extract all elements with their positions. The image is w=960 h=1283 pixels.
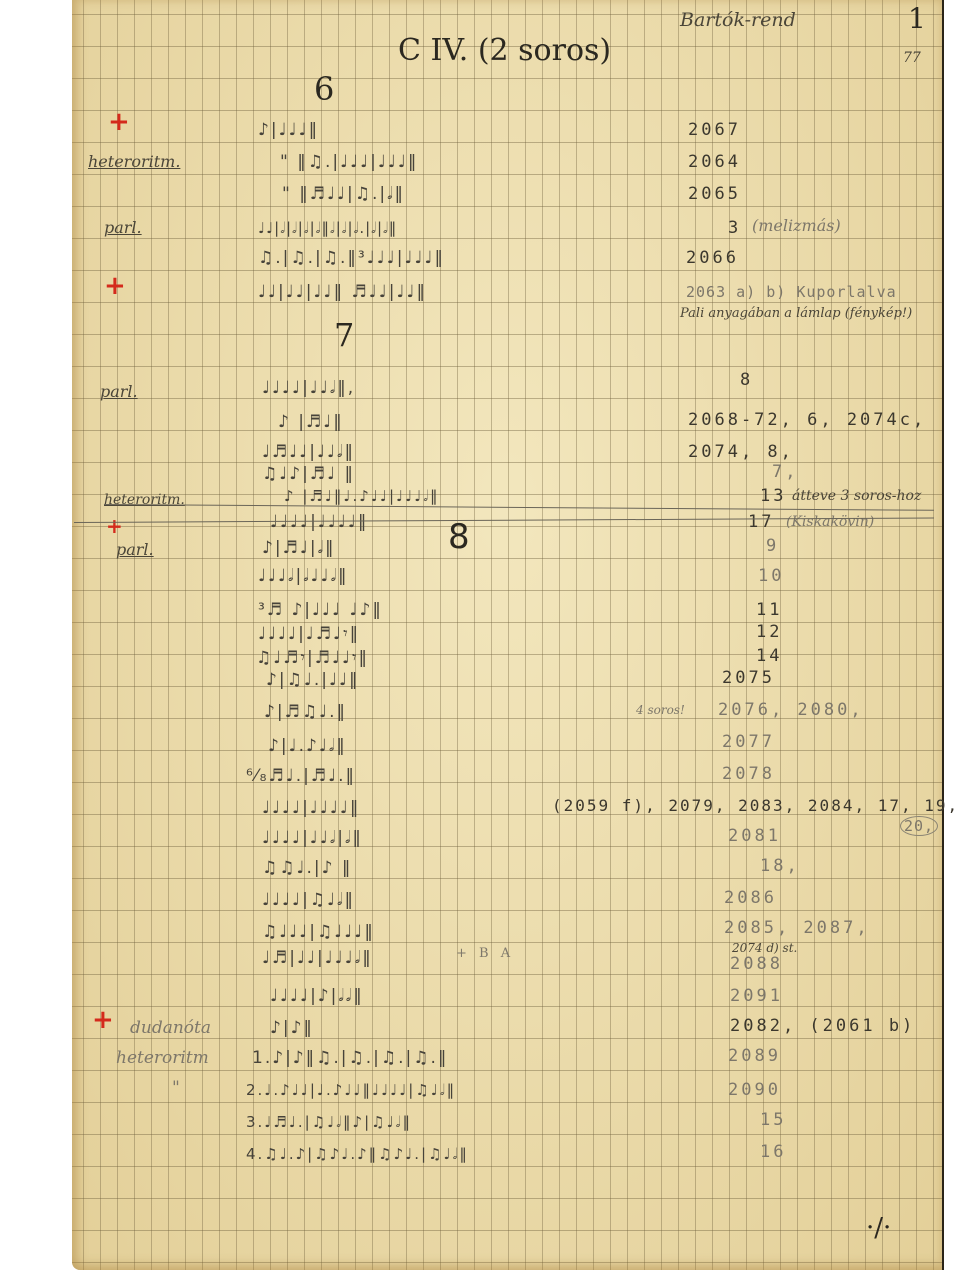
rhythm-pattern: ♪|♪‖ [270, 1018, 314, 1038]
catalogue-ref: 18, [760, 856, 800, 876]
catalogue-ref: 2065 [688, 184, 741, 204]
row-note: átteve 3 soros-hoz [792, 486, 921, 506]
row-label: heteroritm. [88, 152, 180, 172]
rhythm-pattern: ♩♩|𝅗𝅥|𝅗𝅥|𝅗𝅥|𝅗𝅥‖𝅗𝅥|𝅗𝅥|𝅗𝅥.|𝅗𝅥|𝅗𝅥‖ [258, 218, 397, 238]
row-note: Pali anyagában a lámlap (fénykép!) [680, 306, 940, 322]
rhythm-pattern: ♫♩♩♩|♫♩♩♩‖ [262, 922, 375, 942]
catalogue-ref: 14 [756, 646, 782, 666]
catalogue-ref: 2066 [686, 248, 739, 268]
rhythm-pattern: ♩♬♩♩|♩♩𝅗𝅥‖ [262, 442, 355, 462]
rhythm-pattern: ♩♩♩♩|♩♩♩♩‖ [262, 798, 360, 818]
section-number-8: 8 [448, 519, 470, 555]
rhythm-pattern: ♪|♫♩.|♩♩‖ [266, 670, 360, 690]
row-note: (Kiskakövin) [786, 512, 874, 532]
red-cross-mark: + [92, 1010, 114, 1030]
catalogue-ref: 2077 [722, 732, 775, 752]
catalogue-ref: 2064 [688, 152, 741, 172]
rhythm-pattern: ♩♬|♩♩|♩♩♩𝅗𝅥‖ [262, 948, 373, 968]
row-label: parl. [116, 540, 154, 560]
row-label: parl. [100, 382, 138, 402]
rhythm-pattern: ♩♩♩𝅗𝅥|𝅗𝅥♩♩𝅗𝅥‖ [258, 566, 349, 586]
catalogue-ref: 2063 a) b) Kuporlalva [686, 282, 897, 302]
row-label: heteroritm [116, 1048, 209, 1068]
rhythm-pattern: ♩♩♩♩|♩♬♩𝄾‖ [258, 624, 360, 644]
catalogue-ref: 2085, 2087, [724, 918, 870, 938]
catalogue-ref: 17 [748, 512, 774, 532]
catalogue-ref: 2074, 8, [688, 442, 794, 462]
row-label-struck: heteroritm. [104, 490, 185, 510]
catalogue-ref: 2086 [724, 888, 777, 908]
rhythm-pattern: ♫.|♫.|♫.‖³♩♩♩|♩♩♩‖ [258, 248, 445, 268]
catalogue-ref: (2059 f), 2079, 2083, 2084, 17, 19, [552, 796, 959, 816]
rhythm-pattern: ♩♩|♩♩|♩♩‖ ♬♩♩|♩♩‖ [258, 282, 427, 302]
rhythm-pattern: 3.♩♬♩.|♫♩𝅗𝅥‖♪|♫♩𝅗𝅥‖ [246, 1112, 412, 1132]
red-cross-mark: + [104, 276, 126, 296]
rhythm-pattern: ♫♫♩.|♪ ‖ [262, 858, 352, 878]
rhythm-pattern: ♪|♬♫♩.‖ [264, 702, 347, 722]
catalogue-ref: 2067 [688, 120, 741, 140]
rhythm-pattern: ⁶⁄₈♬♩.|♬♩.‖ [246, 766, 356, 786]
continuation-mark: ·/· [866, 1214, 891, 1242]
catalogue-ref: 9 [766, 536, 779, 556]
rhythm-pattern: " ‖♫.|♩♩♩|♩♩♩‖ [280, 152, 418, 172]
rhythm-pattern: ♩♩♩♩|♩♩♩♩‖ [270, 512, 368, 532]
row-label: " [172, 1078, 180, 1098]
rhythm-pattern: ♪|♩♩♩‖ [258, 120, 319, 140]
rhythm-pattern: ♪|♬♩|𝅗𝅥‖ [262, 538, 335, 558]
page-number: 1 [908, 4, 926, 34]
catalogue-ref: 2076, 2080, [718, 700, 864, 720]
row-prefix-note: 4 soros! [636, 700, 685, 720]
rhythm-pattern: ♪ |♬♩‖ [278, 412, 344, 432]
rhythm-pattern: ♩♩♩♩|♩♩𝅗𝅥|𝅗𝅥‖ [262, 828, 363, 848]
rhythm-pattern: ♩♩♩♩|♩♩𝅗𝅥‖, [262, 378, 355, 398]
page-subnumber: 77 [903, 48, 921, 68]
catalogue-ref-extra: 20, [900, 816, 938, 836]
rhythm-pattern: " ‖♬♩♩|♫.|𝅗𝅥‖ [282, 184, 405, 204]
catalogue-ref: 2091 [730, 986, 783, 1006]
catalogue-ref: 12 [756, 622, 782, 642]
aside-note: + B A [456, 944, 514, 964]
catalogue-ref: 2090 [728, 1080, 781, 1100]
rhythm-pattern: ♫♩♬𝄾|♬♩♩𝄾‖ [256, 648, 369, 668]
page-heading: C IV. (2 soros) [398, 34, 611, 68]
catalogue-ref: 3 [728, 218, 741, 238]
rhythm-pattern: ♩♩♩♩|♪|𝅗𝅥𝅗𝅥‖ [270, 986, 364, 1006]
rhythm-pattern: ♫♩♪|♬♩ ‖ [262, 464, 355, 484]
rhythm-pattern: ♪ |♬♩‖♩.♪♩♩|♩♩♩𝅗𝅥‖ [284, 486, 440, 506]
catalogue-ref: 2089 [728, 1046, 781, 1066]
catalogue-ref: 15 [760, 1110, 786, 1130]
red-cross-mark: + [106, 516, 123, 536]
row-label: parl. [104, 218, 142, 238]
catalogue-ref: 11 [756, 600, 782, 620]
rhythm-pattern: ♩♩♩♩|♫♩𝅗𝅥‖ [262, 890, 355, 910]
catalogue-ref: 2075 [722, 668, 775, 688]
rhythm-pattern: ³♬ ♪|♩♩♩ ♩♪‖ [258, 600, 383, 620]
row-label: dudanóta [130, 1018, 211, 1038]
rhythm-pattern: 2.♩.♪♩♩|♩.♪♩♩‖♩♩♩♩|♫♩𝅗𝅥‖ [246, 1080, 456, 1100]
rhythm-pattern: 4.♫♩.♪|♫♪♩.♪‖♫♪♩.|♫♩𝅗𝅥‖ [246, 1144, 469, 1164]
section-number-7: 7 [334, 318, 354, 352]
catalogue-ref: 7, [772, 462, 798, 482]
catalogue-title: Bartók-rend [680, 10, 796, 30]
catalogue-ref: 16 [760, 1142, 786, 1162]
catalogue-ref: 10 [758, 566, 784, 586]
catalogue-ref: 2078 [722, 764, 775, 784]
catalogue-ref: 2068-72, 6, 2074c, [688, 410, 926, 430]
red-cross-mark: + [108, 112, 130, 132]
catalogue-ref: 2081 [728, 826, 781, 846]
grid-paper-sheet [72, 0, 944, 1270]
catalogue-ref: 2082, (2061 b) [730, 1016, 915, 1036]
rhythm-pattern: 1.♪|♪‖♫.|♫.|♫.|♫.‖ [252, 1048, 448, 1068]
circled-ref: 20, [900, 816, 938, 836]
catalogue-ref: 8 [740, 370, 753, 390]
rhythm-pattern: ♪|♩.♪♩𝅗𝅥‖ [268, 736, 347, 756]
section-number-6: 6 [314, 72, 334, 106]
catalogue-ref: 2088 [730, 954, 783, 974]
row-note: (melizmás) [752, 216, 841, 236]
catalogue-ref: 13 [760, 486, 786, 506]
